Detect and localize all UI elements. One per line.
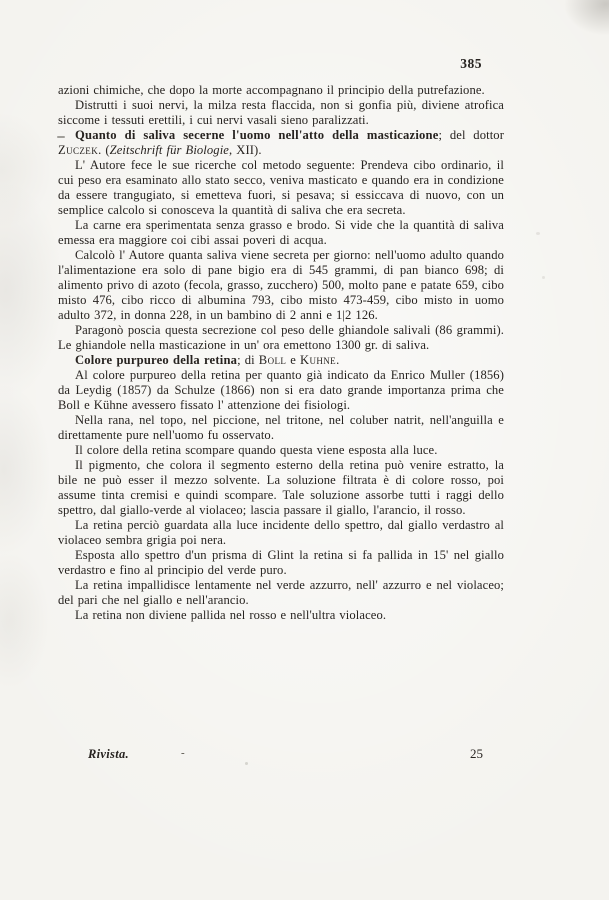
page-number: 385	[58, 56, 504, 72]
scan-dash-artifact: -	[181, 747, 185, 759]
text-segment: e	[286, 353, 300, 367]
text-segment: ; del dottor	[439, 128, 504, 142]
paragraph: Paragonò poscia questa secrezione col pe…	[58, 323, 504, 353]
author-name: Kuhne	[300, 353, 336, 367]
article-heading-saliva: Quanto di saliva secerne l'uomo nell'att…	[58, 128, 504, 158]
heading-bold-text: Quanto di saliva secerne l'uomo nell'att…	[75, 128, 439, 142]
paragraph: Esposta allo spettro d'un prisma di Glin…	[58, 548, 504, 578]
text-segment: , XII).	[229, 143, 262, 157]
paragraph: Al colore purpureo della retina per quan…	[58, 368, 504, 413]
scan-speck	[536, 232, 540, 235]
paragraph: L' Autore fece le sue ricerche col metod…	[58, 158, 504, 218]
paragraph-continuation: azioni chimiche, che dopo la morte accom…	[58, 83, 504, 98]
text-segment: . (	[98, 143, 110, 157]
paragraph: Nella rana, nel topo, nel piccione, nel …	[58, 413, 504, 443]
author-name: Zuczek	[58, 143, 98, 157]
paragraph: Distrutti i suoi nervi, la milza resta f…	[58, 98, 504, 128]
scanned-page: 385 azioni chimiche, che dopo la morte a…	[58, 56, 504, 623]
body-text: azioni chimiche, che dopo la morte accom…	[58, 83, 504, 623]
paragraph: Calcolò l' Autore quanta saliva viene se…	[58, 248, 504, 323]
paragraph: Il colore della retina scompare quando q…	[58, 443, 504, 458]
heading-bold-text: Colore purpureo della retina	[75, 353, 237, 367]
paragraph: La carne era sperimentata senza grasso e…	[58, 218, 504, 248]
page-footer: Rivista. 25	[58, 746, 504, 762]
footer-signature-number: 25	[470, 746, 504, 762]
text-segment: ; di	[237, 353, 259, 367]
scan-speck	[542, 276, 545, 279]
journal-title: Zeitschrift für Biologie	[110, 143, 229, 157]
scan-underline-artifact	[57, 136, 65, 138]
paragraph: La retina impallidisce lentamente nel ve…	[58, 578, 504, 608]
paragraph: La retina perciò guardata alla luce inci…	[58, 518, 504, 548]
text-segment: .	[336, 353, 339, 367]
article-heading-retina: Colore purpureo della retina; di Boll e …	[58, 353, 504, 368]
paragraph: Il pigmento, che colora il segmento este…	[58, 458, 504, 518]
scan-speck	[245, 762, 248, 765]
paragraph: La retina non diviene pallida nel rosso …	[58, 608, 504, 623]
author-name: Boll	[259, 353, 287, 367]
footer-journal-name: Rivista.	[88, 747, 129, 762]
